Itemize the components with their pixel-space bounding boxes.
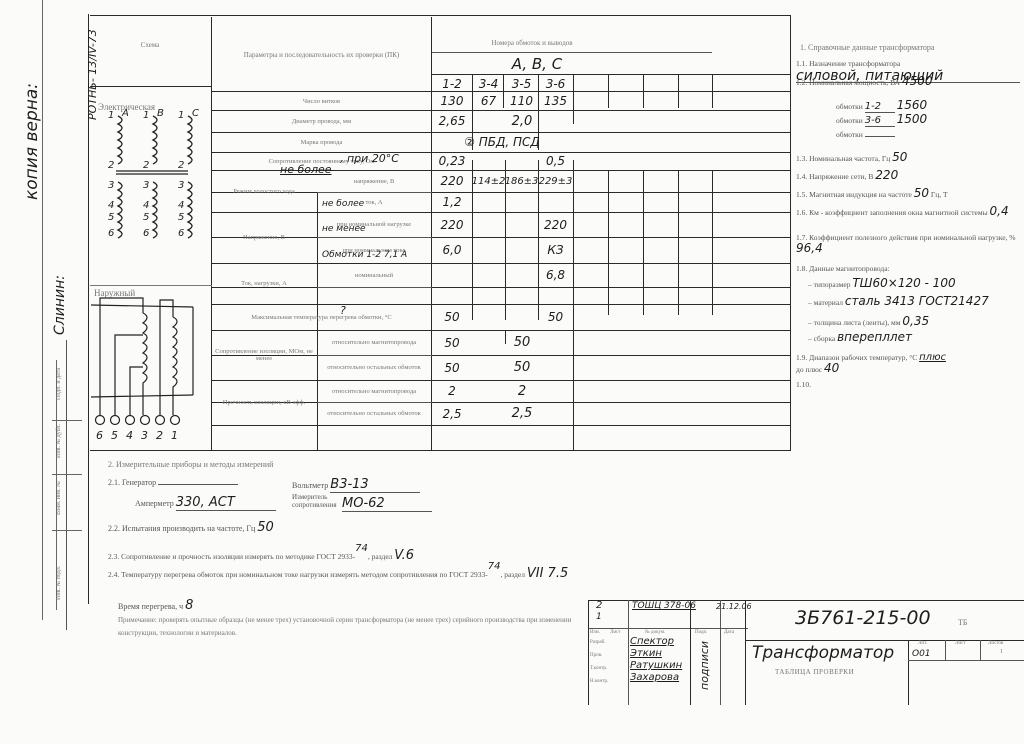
param-value <box>432 263 472 287</box>
ohmmeter-row: Измеритель сопротивления МО-62 <box>292 493 502 512</box>
svg-text:B: B <box>157 108 164 119</box>
param-value <box>472 304 505 330</box>
copy-verified-note: копия верна: <box>22 83 42 200</box>
frequency-row: 2.2. Испытания производить на частоте, Г… <box>108 520 274 535</box>
param-group-label: Ток, нагрузки, А <box>212 263 316 304</box>
sheets-value: 1 <box>1000 649 1003 655</box>
stamp-cell-2: Инв. № дубл. <box>56 424 62 458</box>
param-label <box>318 287 430 304</box>
reference-item: 1.9. Диапазон рабочих температур, °С плю… <box>796 352 1020 375</box>
param-value: 6,8 <box>538 263 573 287</box>
heat-time-row: Время перегрева, ч 8 <box>118 598 193 613</box>
winding-col-header: 3-6 <box>538 76 573 92</box>
param-label: Диаметр провода, мм <box>214 110 429 132</box>
svg-text:6: 6 <box>96 429 103 442</box>
param-value <box>472 152 505 170</box>
param-value <box>505 212 538 237</box>
param-value <box>505 263 538 287</box>
param-value <box>505 304 538 330</box>
svg-text:6: 6 <box>178 228 184 239</box>
param-group-label: Сопротивление изоляции, МОм, не менее <box>212 330 316 380</box>
svg-text:2: 2 <box>156 429 163 442</box>
stamp-cell-1: Подп. и дата <box>56 368 62 400</box>
svg-text:6: 6 <box>143 228 149 239</box>
param-value <box>472 212 505 237</box>
col-label-list: Лист <box>610 630 620 635</box>
param-label: напряжение, В <box>318 170 430 192</box>
role-label: Разраб. <box>590 640 606 645</box>
col-label-doc: № докум. <box>645 630 665 635</box>
svg-text:1: 1 <box>171 429 178 442</box>
person-name: Эткин <box>630 648 662 659</box>
svg-text:A: A <box>121 108 129 119</box>
param-value: 0,5 <box>538 152 573 170</box>
svg-text:4: 4 <box>143 200 149 211</box>
reference-item: – сборка вперепллет <box>808 332 1020 344</box>
param-label: номинальный <box>318 263 430 287</box>
param-value <box>505 237 538 263</box>
param-value: 220 <box>432 212 472 237</box>
param-value: 2 <box>472 380 572 402</box>
param-note: не менее <box>322 224 366 234</box>
param-value: ② ПБД, ПСД <box>432 132 572 152</box>
param-value: 130 <box>432 92 472 110</box>
reference-item: 1.3. Номинальная частота, Гц 50 <box>796 152 1020 164</box>
svg-text:2: 2 <box>108 160 114 171</box>
product-name: Трансформатор <box>752 643 894 663</box>
params-header: Параметры и последовательность их провер… <box>212 35 431 75</box>
reference-item: 1.8. Данные магнитопровода: <box>796 262 1020 274</box>
terminal-layout-diagram: 6 5 4 3 2 1 <box>88 295 198 445</box>
svg-text:3: 3 <box>143 180 149 191</box>
param-value: 220 <box>432 170 472 192</box>
reference-item: 1.5. Магнитная индукция на частоте 50 Гц… <box>796 188 1020 200</box>
svg-text:2: 2 <box>143 160 149 171</box>
param-label: Число витков <box>214 92 429 110</box>
change-num-2: 1 <box>596 612 602 622</box>
param-value <box>472 263 505 287</box>
doc-title: ТАБЛИЦА ПРОВЕРКИ <box>775 668 854 676</box>
param-value: 110 <box>505 92 538 110</box>
reference-item: обмотки 3-6 1500 <box>836 114 1020 127</box>
reference-item: обмотки 1-2 1560 <box>836 100 1020 113</box>
param-value: 67 <box>472 92 505 110</box>
lit-value: О01 <box>912 649 931 659</box>
svg-text:1: 1 <box>178 110 184 121</box>
param-value: 135 <box>538 92 573 110</box>
param-label: Марка провода <box>214 132 429 152</box>
param-note: , при 20°С <box>340 152 399 165</box>
person-name: Захарова <box>630 672 679 683</box>
instruments-note: Примечание: проверять опытные образцы (н… <box>118 614 588 640</box>
reference-title: 1. Справочные данные трансформатора <box>800 43 934 52</box>
svg-text:4: 4 <box>126 429 133 442</box>
param-value <box>472 237 505 263</box>
param-label: Максимальная температура перегрева обмот… <box>214 304 429 330</box>
role-label: Пров. <box>590 653 602 658</box>
reference-item: – материал сталь 3413 ГОСТ21427 <box>808 296 1020 308</box>
phases-label: A, B, C <box>432 53 642 75</box>
sheet-label: Лист <box>955 641 965 646</box>
param-value: 50 <box>538 304 573 330</box>
instruments-title: 2. Измерительные приборы и методы измере… <box>108 460 273 469</box>
change-date: 21.12.06 <box>716 602 752 611</box>
sign-label: Слинин: <box>52 275 68 335</box>
ammeter-row: Амперметр 330, АСТ <box>135 495 276 511</box>
param-value: 50 <box>432 355 472 380</box>
param-group-label: Прочность изоляции, кВ эфф. <box>212 380 316 425</box>
param-value: 2,65 <box>432 110 472 132</box>
person-name: Спектор <box>630 636 674 647</box>
param-group-label: Напряжение, В <box>212 212 316 263</box>
reference-item: обмотки <box>836 128 1020 140</box>
param-group-label: Режим холостого хода <box>212 170 316 212</box>
designation: 3Б761-215-00 <box>795 607 931 629</box>
param-value: 220 <box>538 212 573 237</box>
param-value: 2,0 <box>472 110 572 132</box>
param-value: 1,2 <box>432 192 472 212</box>
reference-item: 1.6. Км - коэффициент заполнения окна ма… <box>796 206 1020 218</box>
param-value: 50 <box>472 330 572 355</box>
param-value: 0,23 <box>432 152 472 170</box>
reference-item: 1.10. <box>796 378 1020 390</box>
generator-row: 2.1. Генератор <box>108 478 238 487</box>
scheme-header: Схема <box>90 30 210 60</box>
svg-text:1: 1 <box>108 110 114 121</box>
param-note: Обмотки 1-2 7,1 А <box>322 250 407 260</box>
svg-text:4: 4 <box>178 200 184 211</box>
voltmeter-row: Вольтметр В3-13 <box>292 477 420 493</box>
reference-item: 1.2. Номинальная мощность, ВА 4500 <box>796 76 1020 88</box>
role-label: Т.контр. <box>590 666 607 671</box>
param-value: 114±2 <box>472 170 505 192</box>
change-doc-num: ТОШЦ 378-06 <box>632 601 696 611</box>
param-value: 6,0 <box>432 237 472 263</box>
param-value: 2,5 <box>472 402 572 425</box>
stamp-cell-4: Инв. № подл. <box>56 566 62 600</box>
param-value <box>505 152 538 170</box>
col-label-date: Дата <box>724 630 734 635</box>
param-value: 2 <box>432 380 472 402</box>
change-num: 2 <box>596 600 602 611</box>
reference-item: 1.7. Коэффициент полезного действия при … <box>796 232 1020 255</box>
svg-text:2: 2 <box>178 160 184 171</box>
svg-text:C: C <box>192 108 199 119</box>
reference-item: – типоразмер ТШ60×120 - 100 <box>808 278 1020 290</box>
svg-text:3: 3 <box>178 180 184 191</box>
param-label: относительно магнитопровода <box>318 380 430 402</box>
reference-item: 1.4. Напряжение сети, В 220 <box>796 170 1020 182</box>
param-value: 50 <box>432 304 472 330</box>
svg-text:3: 3 <box>141 429 148 442</box>
lit-label: Лит. <box>918 641 927 646</box>
winding-col-header: 3-4 <box>472 76 505 92</box>
param-value: 229±3 <box>538 170 573 192</box>
col-label-izm: Изм. <box>590 630 600 635</box>
param-label: относительно остальных обмоток <box>318 355 430 380</box>
temperature-method-row: 2.4. Температуру перегрева обмоток при н… <box>108 566 588 582</box>
insulation-method-row: 2.3. Сопротивление и прочность изоляции … <box>108 548 414 563</box>
svg-text:6: 6 <box>108 228 114 239</box>
svg-text:5: 5 <box>143 212 149 223</box>
windings-header: Номера обмоток и выводов <box>432 35 632 51</box>
param-value: 186±3 <box>505 170 538 192</box>
signature-note: подписи <box>698 641 711 690</box>
param-value: 50 <box>432 330 472 355</box>
svg-text:5: 5 <box>108 212 114 223</box>
person-name: Ратушкин <box>630 660 682 671</box>
stamp-cell-3: Взам. инв. № <box>56 481 62 515</box>
param-note: не более <box>322 199 364 209</box>
svg-text:5: 5 <box>111 429 118 442</box>
winding-diagram: 1A 1B 1C 222 333 444 555 666 <box>96 106 206 246</box>
svg-text:4: 4 <box>108 200 114 211</box>
winding-col-header: 1-2 <box>432 76 472 92</box>
col-label-sign: Подп. <box>695 630 707 635</box>
param-label: относительно остальных обмоток <box>318 402 430 425</box>
svg-text:1: 1 <box>143 110 149 121</box>
svg-text:3: 3 <box>108 180 114 191</box>
svg-text:5: 5 <box>178 212 184 223</box>
param-value: 50 <box>472 355 572 380</box>
param-label: относительно магнитопровода <box>318 330 430 355</box>
sheets-label: Листов <box>988 641 1003 646</box>
param-note: ? <box>340 304 346 317</box>
designation-suffix: ТБ <box>958 618 967 627</box>
param-value: КЗ <box>538 237 573 263</box>
param-value: 2,5 <box>432 402 472 425</box>
winding-col-header: 3-5 <box>505 76 538 92</box>
reference-item: – толщина листа (ленты), мм 0,35 <box>808 316 1020 328</box>
role-label: Н.контр. <box>590 679 608 684</box>
